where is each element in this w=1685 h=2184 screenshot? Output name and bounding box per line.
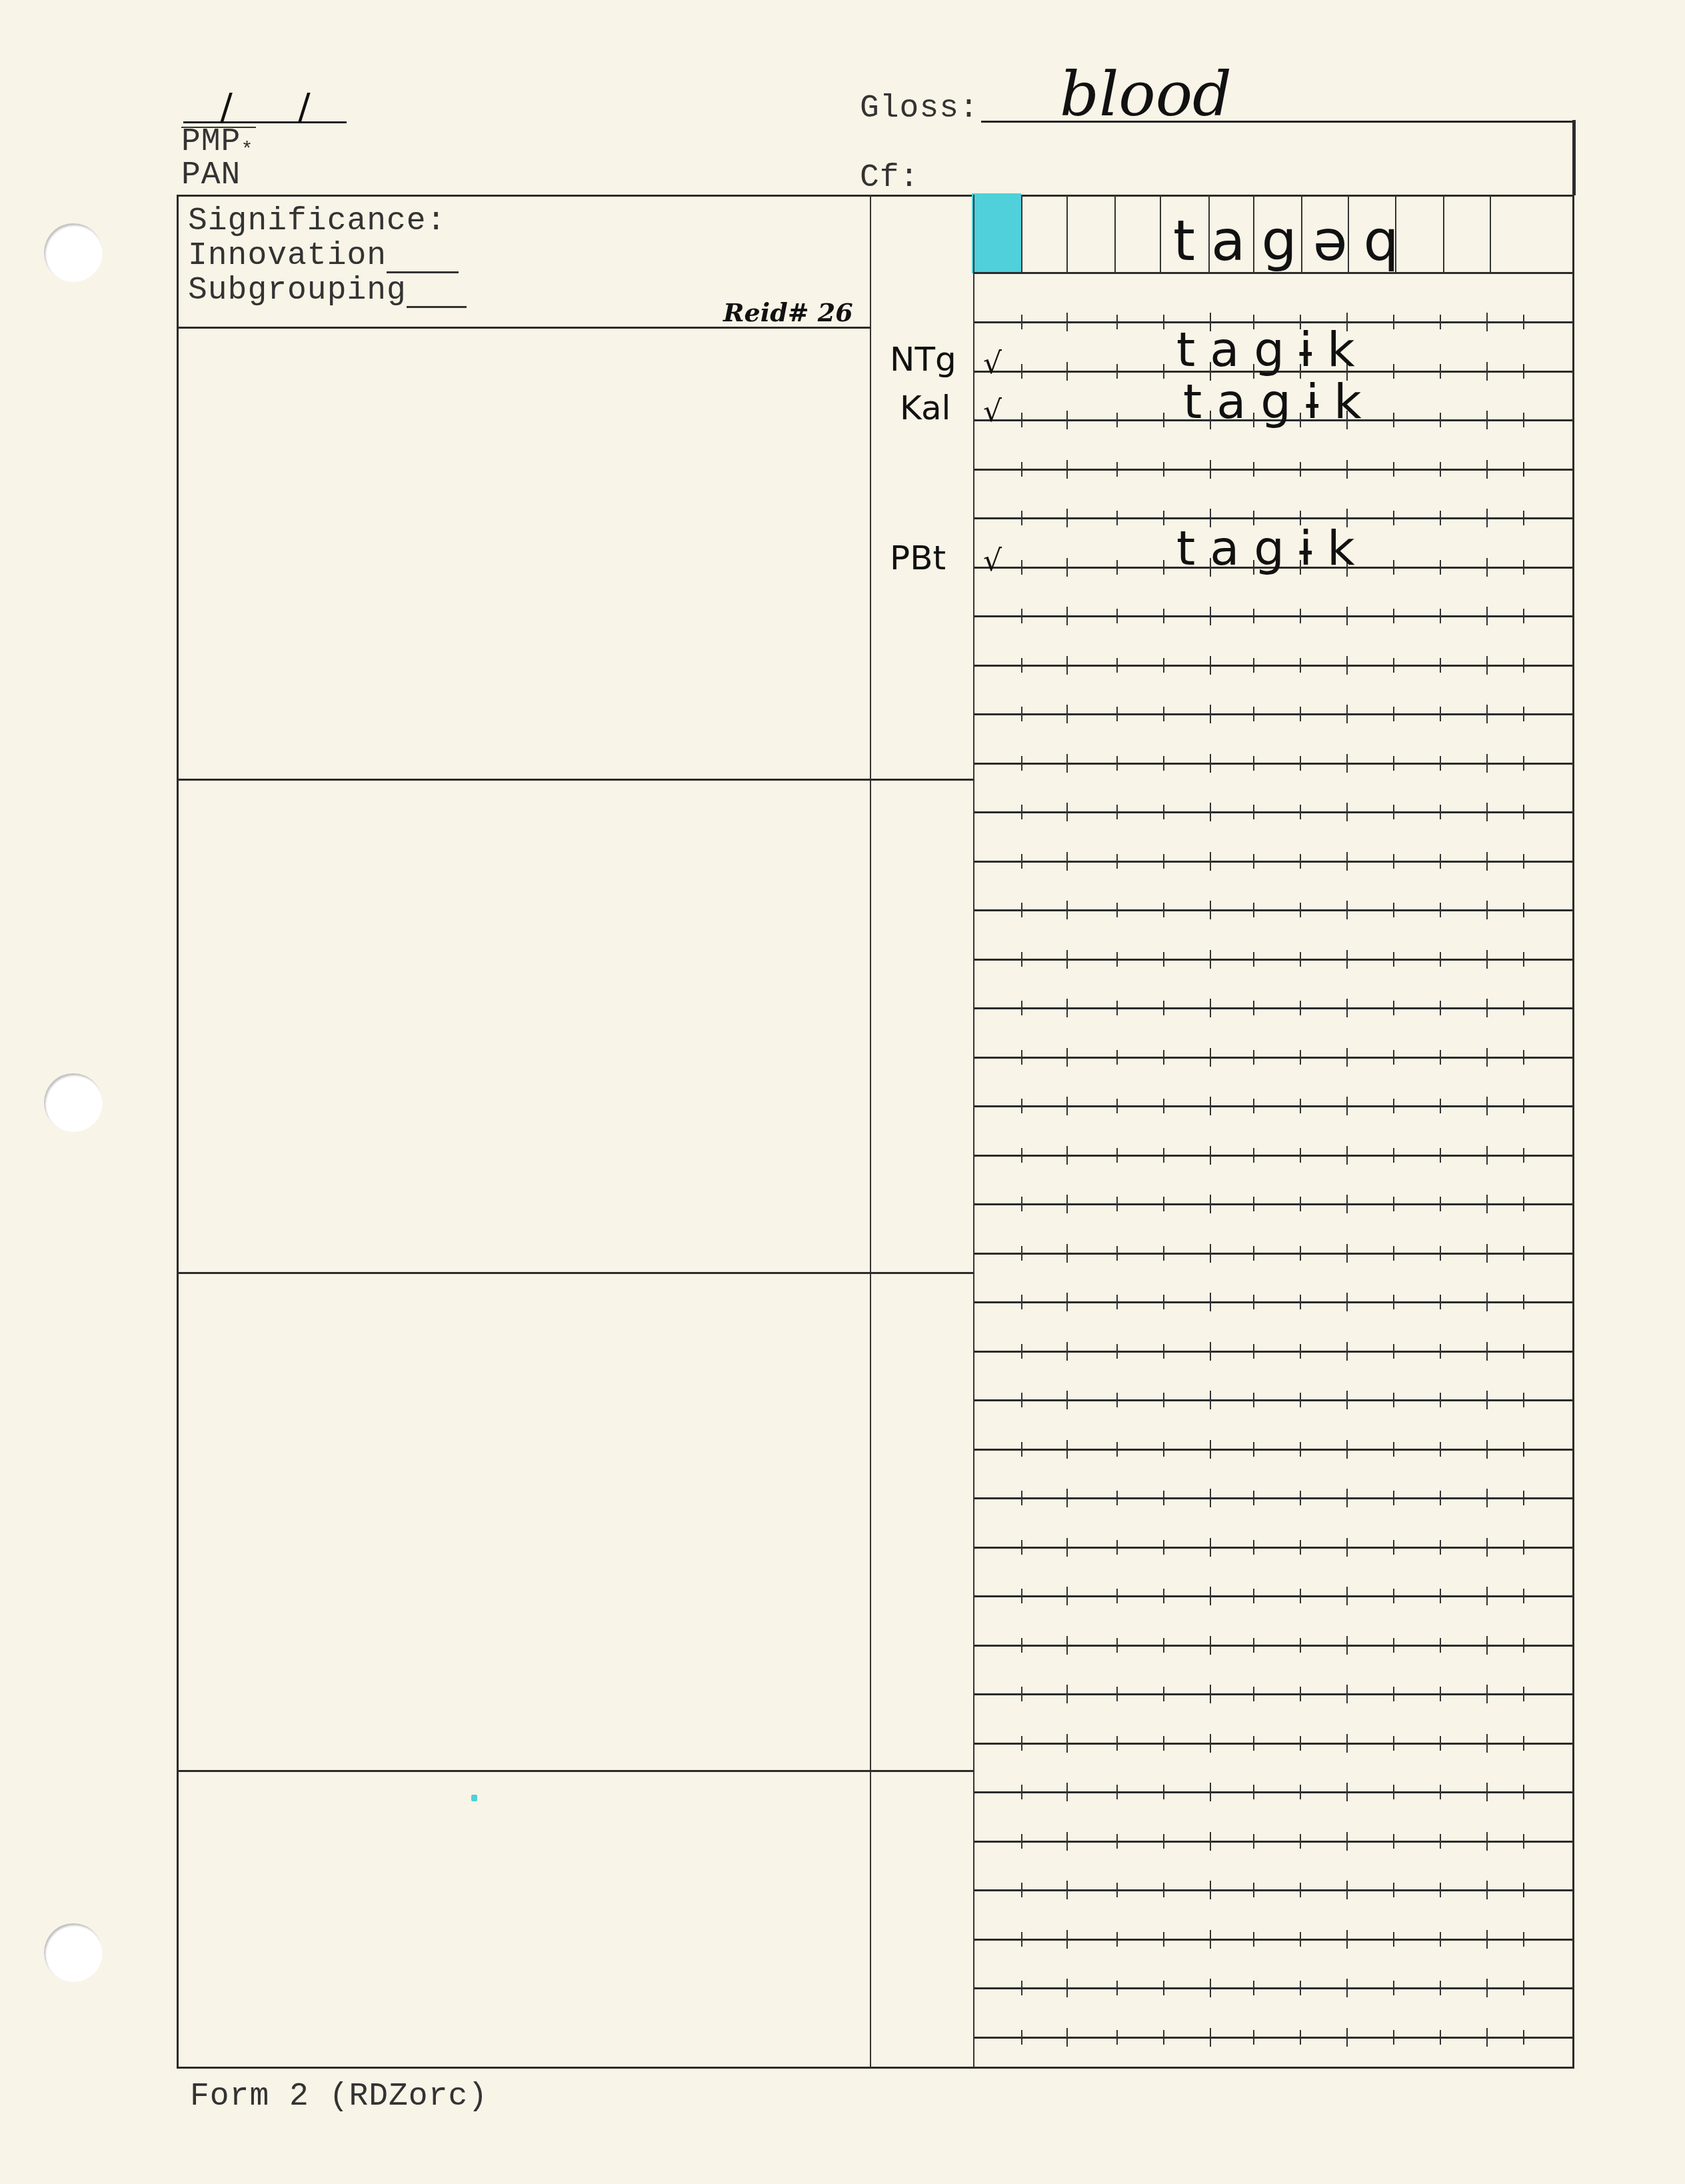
ruled-line xyxy=(974,1889,1573,1891)
tick-mark xyxy=(1210,656,1211,675)
tick-mark xyxy=(1116,315,1118,329)
tick-mark xyxy=(1066,2028,1068,2047)
tick-mark xyxy=(1163,413,1164,427)
tick-mark xyxy=(1066,950,1068,969)
tick-mark xyxy=(1163,903,1164,917)
tick-mark xyxy=(1440,511,1441,525)
tick-mark xyxy=(1210,1244,1211,1263)
tick-mark xyxy=(1021,1834,1022,1849)
tick-mark xyxy=(1440,1344,1441,1359)
ruled-line xyxy=(974,615,1573,617)
tick-mark xyxy=(1486,999,1488,1017)
ruled-line xyxy=(974,1449,1573,1451)
tick-mark xyxy=(1393,511,1394,525)
ruled-line xyxy=(974,763,1573,765)
tick-mark xyxy=(1346,1881,1348,1899)
tick-mark xyxy=(1021,1540,1022,1555)
tick-mark xyxy=(1300,609,1301,623)
tick-mark xyxy=(1163,1001,1164,1015)
tick-mark xyxy=(1300,1491,1301,1505)
tick-mark xyxy=(1346,803,1348,821)
tick-mark xyxy=(1066,509,1068,527)
tick-mark xyxy=(1440,1295,1441,1309)
tick-mark xyxy=(1021,707,1022,721)
tick-mark xyxy=(1346,1391,1348,1409)
ruled-line xyxy=(974,517,1573,519)
tick-mark xyxy=(1210,1930,1211,1949)
tick-mark xyxy=(1300,805,1301,819)
tick-mark xyxy=(1346,1930,1348,1949)
tick-mark xyxy=(1021,1491,1022,1505)
tick-mark xyxy=(1066,1685,1068,1703)
tick-mark xyxy=(1066,1391,1068,1409)
tick-mark xyxy=(1486,1685,1488,1703)
tick-mark xyxy=(1523,315,1524,329)
ruled-line xyxy=(974,1203,1573,1205)
tick-mark xyxy=(1486,803,1488,821)
tick-mark xyxy=(1393,707,1394,721)
tick-mark xyxy=(1163,1393,1164,1407)
tick-mark xyxy=(1393,1099,1394,1113)
tick-mark xyxy=(1253,462,1254,477)
tick-mark xyxy=(1253,903,1254,917)
tick-mark xyxy=(1346,950,1348,969)
tick-mark xyxy=(1300,1736,1301,1751)
tick-mark xyxy=(1066,1734,1068,1753)
tick-mark xyxy=(1210,999,1211,1017)
tick-mark xyxy=(1066,1048,1068,1067)
tick-mark xyxy=(1300,1001,1301,1015)
tick-mark xyxy=(1486,1979,1488,1997)
tick-mark xyxy=(1210,901,1211,919)
tick-mark xyxy=(1393,1932,1394,1947)
ruled-line xyxy=(974,713,1573,715)
tick-mark xyxy=(1393,1540,1394,1555)
tick-mark xyxy=(1210,607,1211,625)
tick-mark xyxy=(1523,756,1524,771)
tick-mark xyxy=(1393,609,1394,623)
ruled-line xyxy=(974,1743,1573,1745)
tick-mark xyxy=(1253,1246,1254,1261)
tick-mark xyxy=(1440,1687,1441,1701)
tick-mark xyxy=(1066,1440,1068,1459)
tick-mark xyxy=(1523,1883,1524,1897)
tick-mark xyxy=(1163,1442,1164,1457)
entry-check-kal[interactable]: √ xyxy=(983,395,1002,429)
tick-mark xyxy=(1021,315,1022,329)
tick-mark xyxy=(1021,1344,1022,1359)
tick-mark xyxy=(1346,1146,1348,1165)
tick-mark xyxy=(1440,756,1441,771)
ruled-line xyxy=(974,1301,1573,1303)
tick-mark xyxy=(1021,1099,1022,1113)
tick-mark xyxy=(1066,1636,1068,1655)
tick-mark xyxy=(1163,805,1164,819)
tick-mark xyxy=(1393,805,1394,819)
tick-mark xyxy=(1116,609,1118,623)
tick-mark xyxy=(1440,609,1441,623)
tick-mark xyxy=(1066,901,1068,919)
tick-mark xyxy=(1253,1687,1254,1701)
tick-mark xyxy=(1210,460,1211,479)
tick-mark xyxy=(1116,1344,1118,1359)
subgrouping-blank[interactable] xyxy=(407,281,467,308)
gloss-label: Gloss: xyxy=(860,91,979,127)
tick-mark xyxy=(1486,1097,1488,1115)
tick-mark xyxy=(1163,315,1164,329)
tick-mark xyxy=(1393,560,1394,575)
tick-mark xyxy=(1346,1489,1348,1507)
tick-mark xyxy=(1523,1344,1524,1359)
tick-mark xyxy=(1021,2030,1022,2045)
tick-mark xyxy=(1393,658,1394,673)
ruled-line xyxy=(974,1693,1573,1695)
tick-mark xyxy=(1440,1883,1441,1897)
tick-mark xyxy=(1253,1491,1254,1505)
tick-mark xyxy=(1486,1391,1488,1409)
tick-mark xyxy=(1253,756,1254,771)
tick-mark xyxy=(1486,1244,1488,1263)
tick-mark xyxy=(1163,560,1164,575)
tick-mark xyxy=(1486,313,1488,331)
tick-mark xyxy=(1163,1981,1164,1995)
tick-mark xyxy=(1300,1295,1301,1309)
tick-mark xyxy=(1486,1195,1488,1213)
tick-mark xyxy=(1253,1099,1254,1113)
tick-mark xyxy=(1253,707,1254,721)
tick-mark xyxy=(1210,1097,1211,1115)
tick-mark xyxy=(1116,1295,1118,1309)
tick-mark xyxy=(1300,1148,1301,1163)
tick-mark xyxy=(1210,1685,1211,1703)
tick-mark xyxy=(1163,462,1164,477)
tick-mark xyxy=(1440,1246,1441,1261)
tick-mark xyxy=(1523,805,1524,819)
punch-hole-middle xyxy=(44,1073,103,1132)
tick-mark xyxy=(1210,1538,1211,1557)
tick-mark xyxy=(1163,658,1164,673)
date-field[interactable]: / / xyxy=(220,85,337,129)
tick-mark xyxy=(1523,1295,1524,1309)
tick-mark xyxy=(1116,1246,1118,1261)
tick-mark xyxy=(1486,1832,1488,1851)
tick-mark xyxy=(1346,754,1348,773)
tick-mark xyxy=(1300,1344,1301,1359)
tick-mark xyxy=(1116,854,1118,869)
tick-mark xyxy=(1253,1344,1254,1359)
tick-mark xyxy=(1393,1491,1394,1505)
significance-block: Significance: Innovation Subgrouping xyxy=(188,204,467,308)
tick-mark xyxy=(1210,1048,1211,1067)
tick-mark xyxy=(1523,1148,1524,1163)
tick-mark xyxy=(1393,315,1394,329)
tick-mark xyxy=(1021,756,1022,771)
tick-mark xyxy=(1393,1442,1394,1457)
form-footer: Form 2 (RDZorc) xyxy=(190,2079,488,2115)
tick-mark xyxy=(1253,1001,1254,1015)
tick-mark xyxy=(1210,1587,1211,1605)
tick-mark xyxy=(1116,658,1118,673)
tick-mark xyxy=(1300,1246,1301,1261)
ruled-line xyxy=(974,1007,1573,1009)
tick-mark xyxy=(1066,1783,1068,1801)
tick-mark xyxy=(1253,1295,1254,1309)
tick-mark xyxy=(1300,1540,1301,1555)
tick-mark xyxy=(1253,1736,1254,1751)
tick-mark xyxy=(1523,1001,1524,1015)
ruled-line xyxy=(974,469,1573,471)
tick-mark xyxy=(1486,656,1488,675)
entry-form-kal[interactable]: tagɨk xyxy=(1183,373,1376,429)
tick-mark xyxy=(1163,756,1164,771)
tick-mark xyxy=(1440,1932,1441,1947)
tick-mark xyxy=(1066,1195,1068,1213)
tick-mark xyxy=(1300,1197,1301,1211)
tick-mark xyxy=(1346,1048,1348,1067)
section-divider-1 xyxy=(177,779,973,781)
tick-mark xyxy=(1300,1687,1301,1701)
tick-mark xyxy=(1346,460,1348,479)
tick-mark xyxy=(1523,609,1524,623)
tick-mark xyxy=(1346,1636,1348,1655)
tick-mark xyxy=(1163,1295,1164,1309)
tick-mark xyxy=(1253,1197,1254,1211)
pmp-overline xyxy=(181,127,256,128)
tick-mark xyxy=(1066,656,1068,675)
tick-mark xyxy=(1163,1491,1164,1505)
tick-mark xyxy=(1300,854,1301,869)
tick-mark xyxy=(1440,315,1441,329)
tick-mark xyxy=(1021,511,1022,525)
tick-mark xyxy=(1253,1932,1254,1947)
tick-mark xyxy=(1253,805,1254,819)
tick-mark xyxy=(1163,854,1164,869)
tick-mark xyxy=(1066,1881,1068,1899)
tick-mark xyxy=(1253,1638,1254,1653)
tick-mark xyxy=(1116,1932,1118,1947)
tick-mark xyxy=(1253,1785,1254,1799)
ruled-line xyxy=(974,1399,1573,1401)
tick-mark xyxy=(1163,1834,1164,1849)
cell-divider xyxy=(1021,195,1022,273)
entry-language-pbt: PBt xyxy=(890,539,946,577)
tick-mark xyxy=(1486,1636,1488,1655)
ruled-line xyxy=(974,1547,1573,1549)
tick-mark xyxy=(1440,1589,1441,1603)
reconstruction-form[interactable]: tagəq xyxy=(1173,208,1415,273)
tick-mark xyxy=(1021,1001,1022,1015)
tick-mark xyxy=(1066,411,1068,429)
tick-mark xyxy=(1116,462,1118,477)
tick-mark xyxy=(1116,952,1118,967)
tick-mark xyxy=(1253,952,1254,967)
tick-mark xyxy=(1523,1442,1524,1457)
tick-mark xyxy=(1393,952,1394,967)
section-divider-3 xyxy=(177,1770,973,1772)
tick-mark xyxy=(1066,1832,1068,1851)
pmp-star: * xyxy=(241,139,253,162)
tick-mark xyxy=(1300,1638,1301,1653)
tick-mark xyxy=(1116,805,1118,819)
tick-mark xyxy=(1066,1342,1068,1361)
tick-mark xyxy=(1440,560,1441,575)
tick-mark xyxy=(1346,1195,1348,1213)
tick-mark xyxy=(1440,1099,1441,1113)
tick-mark xyxy=(1210,852,1211,871)
tick-mark xyxy=(1116,1148,1118,1163)
tick-mark xyxy=(1440,1050,1441,1065)
ruled-line xyxy=(974,909,1573,911)
tick-mark xyxy=(1486,607,1488,625)
tick-mark xyxy=(1346,1979,1348,1997)
tick-mark xyxy=(1210,950,1211,969)
entry-check-pbt[interactable]: √ xyxy=(983,544,1002,578)
tick-mark xyxy=(1066,999,1068,1017)
tick-mark xyxy=(1116,1197,1118,1211)
tick-mark xyxy=(1346,1342,1348,1361)
pmp-label-text: PMP xyxy=(181,124,241,160)
ink-mark xyxy=(471,1795,477,1801)
tick-mark xyxy=(1163,1344,1164,1359)
tick-mark xyxy=(1163,609,1164,623)
tick-mark xyxy=(1486,362,1488,381)
tick-mark xyxy=(1486,1146,1488,1165)
entry-language-kal: Kal xyxy=(900,389,950,427)
ruled-line xyxy=(974,1987,1573,1989)
tick-mark xyxy=(1021,903,1022,917)
tick-mark xyxy=(1116,1442,1118,1457)
tick-mark xyxy=(1523,560,1524,575)
tick-mark xyxy=(1346,1293,1348,1311)
tick-mark xyxy=(1486,1930,1488,1949)
highlight-cell xyxy=(972,193,1021,273)
cf-label: Cf: xyxy=(860,160,919,196)
tick-mark xyxy=(1300,1442,1301,1457)
tick-mark xyxy=(1440,462,1441,477)
ruled-line xyxy=(974,1351,1573,1353)
tick-mark xyxy=(1116,1491,1118,1505)
ruled-line xyxy=(974,1645,1573,1647)
tick-mark xyxy=(1346,852,1348,871)
tick-mark xyxy=(1486,460,1488,479)
tick-mark xyxy=(1300,2030,1301,2045)
tick-mark xyxy=(1486,509,1488,527)
tick-mark xyxy=(1393,1050,1394,1065)
tick-mark xyxy=(1486,1881,1488,1899)
ruled-line xyxy=(974,2037,1573,2039)
tick-mark xyxy=(1021,1687,1022,1701)
entry-check-ntg[interactable]: √ xyxy=(983,347,1002,381)
tick-mark xyxy=(1210,1881,1211,1899)
tick-mark xyxy=(1163,1148,1164,1163)
tick-mark xyxy=(1523,1736,1524,1751)
entry-language-ntg: NTg xyxy=(890,340,956,379)
innovation-row: Innovation xyxy=(188,239,467,273)
tick-mark xyxy=(1116,1981,1118,1995)
tick-mark xyxy=(1021,658,1022,673)
tick-mark xyxy=(1486,705,1488,723)
frame-left xyxy=(177,195,179,2068)
tick-mark xyxy=(1440,1442,1441,1457)
cell-divider xyxy=(1443,195,1444,273)
tick-mark xyxy=(1346,1097,1348,1115)
tick-mark xyxy=(1116,1687,1118,1701)
tick-mark xyxy=(1393,1883,1394,1897)
tick-mark xyxy=(1346,1734,1348,1753)
tick-mark xyxy=(1300,707,1301,721)
gloss-value[interactable]: blood xyxy=(1060,59,1232,130)
tick-mark xyxy=(1163,1736,1164,1751)
tick-mark xyxy=(1486,1734,1488,1753)
tick-mark xyxy=(1300,658,1301,673)
tick-mark xyxy=(1163,1050,1164,1065)
pan-label: PAN xyxy=(181,157,241,193)
tick-mark xyxy=(1021,1883,1022,1897)
entry-form-ntg[interactable]: tagɨk xyxy=(1176,321,1370,377)
innovation-blank[interactable] xyxy=(387,246,459,273)
tick-mark xyxy=(1393,1981,1394,1995)
tick-mark xyxy=(1300,1981,1301,1995)
tick-mark xyxy=(1116,511,1118,525)
tick-mark xyxy=(1066,1538,1068,1557)
tick-mark xyxy=(1393,1001,1394,1015)
tick-mark xyxy=(1300,1785,1301,1799)
tick-mark xyxy=(1253,1442,1254,1457)
ruled-line xyxy=(974,1057,1573,1059)
ruled-line xyxy=(974,1497,1573,1499)
tick-mark xyxy=(1346,607,1348,625)
tick-mark xyxy=(1116,1834,1118,1849)
tick-mark xyxy=(1523,658,1524,673)
tick-mark xyxy=(1066,852,1068,871)
tick-mark xyxy=(1116,707,1118,721)
tick-mark xyxy=(1021,1246,1022,1261)
pmp-label: PMP* xyxy=(181,124,253,162)
ruled-line xyxy=(974,1253,1573,1255)
tick-mark xyxy=(1523,903,1524,917)
tick-mark xyxy=(1346,999,1348,1017)
tick-mark xyxy=(1021,462,1022,477)
tick-mark xyxy=(1300,462,1301,477)
tick-mark xyxy=(1210,1832,1211,1851)
tick-mark xyxy=(1116,1540,1118,1555)
tick-mark xyxy=(1486,558,1488,577)
tick-mark xyxy=(1346,1685,1348,1703)
tick-mark xyxy=(1021,1736,1022,1751)
tick-mark xyxy=(1210,705,1211,723)
cell-divider xyxy=(1066,195,1068,273)
tick-mark xyxy=(1393,1197,1394,1211)
tick-mark xyxy=(1393,1687,1394,1701)
tick-mark xyxy=(1066,558,1068,577)
tick-mark xyxy=(1021,1442,1022,1457)
frame-bottom xyxy=(177,2067,1574,2069)
tick-mark xyxy=(1021,560,1022,575)
tick-mark xyxy=(1523,1246,1524,1261)
tick-mark xyxy=(1523,1393,1524,1407)
tick-mark xyxy=(1210,1146,1211,1165)
tick-mark xyxy=(1116,560,1118,575)
tick-mark xyxy=(1523,1050,1524,1065)
tick-mark xyxy=(1163,1883,1164,1897)
tick-mark xyxy=(1021,1785,1022,1799)
tick-mark xyxy=(1440,1148,1441,1163)
entry-form-pbt[interactable]: tagɨk xyxy=(1176,520,1370,576)
tick-mark xyxy=(1393,462,1394,477)
tick-mark xyxy=(1066,460,1068,479)
tick-mark xyxy=(1523,1834,1524,1849)
tick-mark xyxy=(1393,1589,1394,1603)
